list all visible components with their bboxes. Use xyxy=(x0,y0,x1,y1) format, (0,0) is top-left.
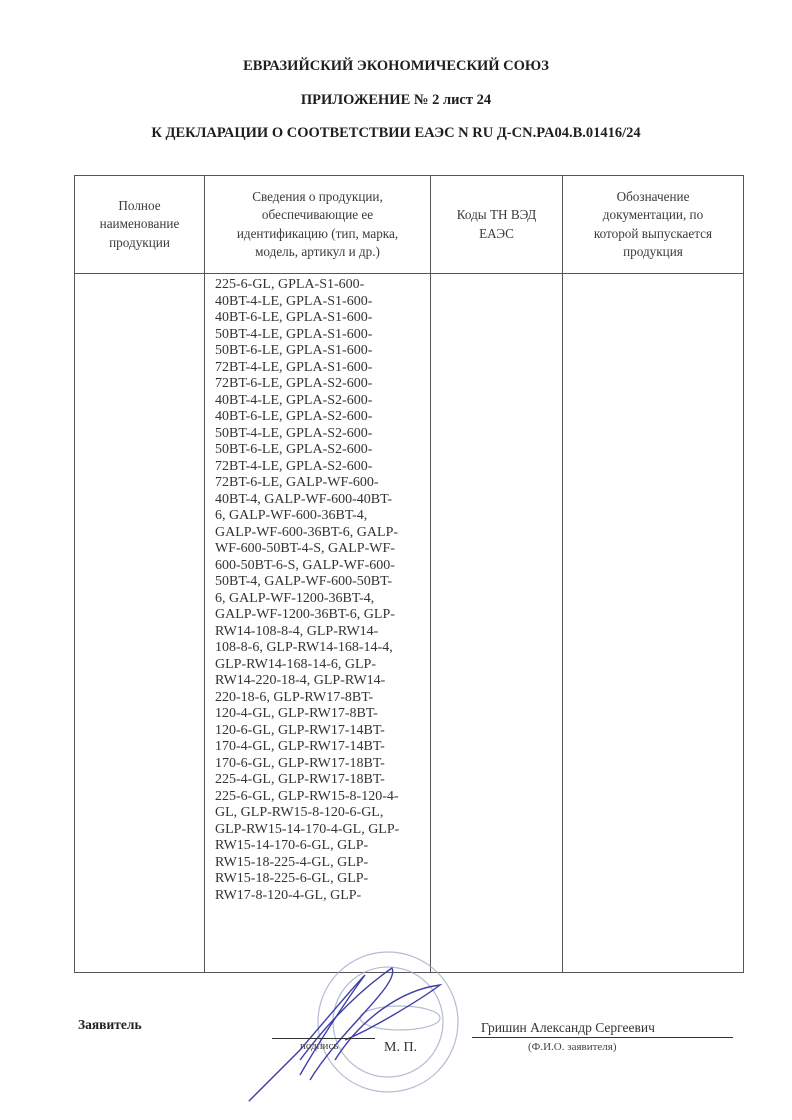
table-header-row: Полноенаименованиепродукции Сведения о п… xyxy=(75,176,744,274)
signature-caption: подпись xyxy=(300,1040,338,1052)
name-caption: (Ф.И.О. заявителя) xyxy=(528,1041,617,1053)
declaration-title: К ДЕКЛАРАЦИИ О СООТВЕТСТВИИ ЕАЭС N RU Д-… xyxy=(0,125,792,142)
declaration-table: Полноенаименованиепродукции Сведения о п… xyxy=(74,175,744,973)
column-header-product-name: Полноенаименованиепродукции xyxy=(75,176,205,274)
name-line xyxy=(472,1037,733,1038)
model-list: 225-6-GL, GPLA-S1-600- 40BT-4-LE, GPLA-S… xyxy=(205,274,430,904)
signature-icon xyxy=(249,968,440,1101)
cell-product-name xyxy=(75,274,205,973)
applicant-name: Гришин Александр Сергеевич xyxy=(481,1020,655,1036)
union-title: ЕВРАЗИЙСКИЙ ЭКОНОМИЧЕСКИЙ СОЮЗ xyxy=(0,58,792,75)
applicant-label: Заявитель xyxy=(78,1017,142,1033)
signature-line xyxy=(272,1038,375,1039)
table-row: 225-6-GL, GPLA-S1-600- 40BT-4-LE, GPLA-S… xyxy=(75,274,744,973)
column-header-identification: Сведения о продукции,обеспечивающие ееид… xyxy=(205,176,431,274)
column-header-tn-ved-codes: Коды ТН ВЭДЕАЭС xyxy=(431,176,563,274)
cell-identification: 225-6-GL, GPLA-S1-600- 40BT-4-LE, GPLA-S… xyxy=(205,274,431,973)
seal-label: М. П. xyxy=(384,1040,417,1056)
cell-documentation xyxy=(563,274,744,973)
round-stamp-icon xyxy=(318,952,458,1092)
column-header-documentation: Обозначениедокументации, покоторой выпус… xyxy=(563,176,744,274)
cell-tn-ved-codes xyxy=(431,274,563,973)
appendix-title: ПРИЛОЖЕНИЕ № 2 лист 24 xyxy=(0,92,792,109)
